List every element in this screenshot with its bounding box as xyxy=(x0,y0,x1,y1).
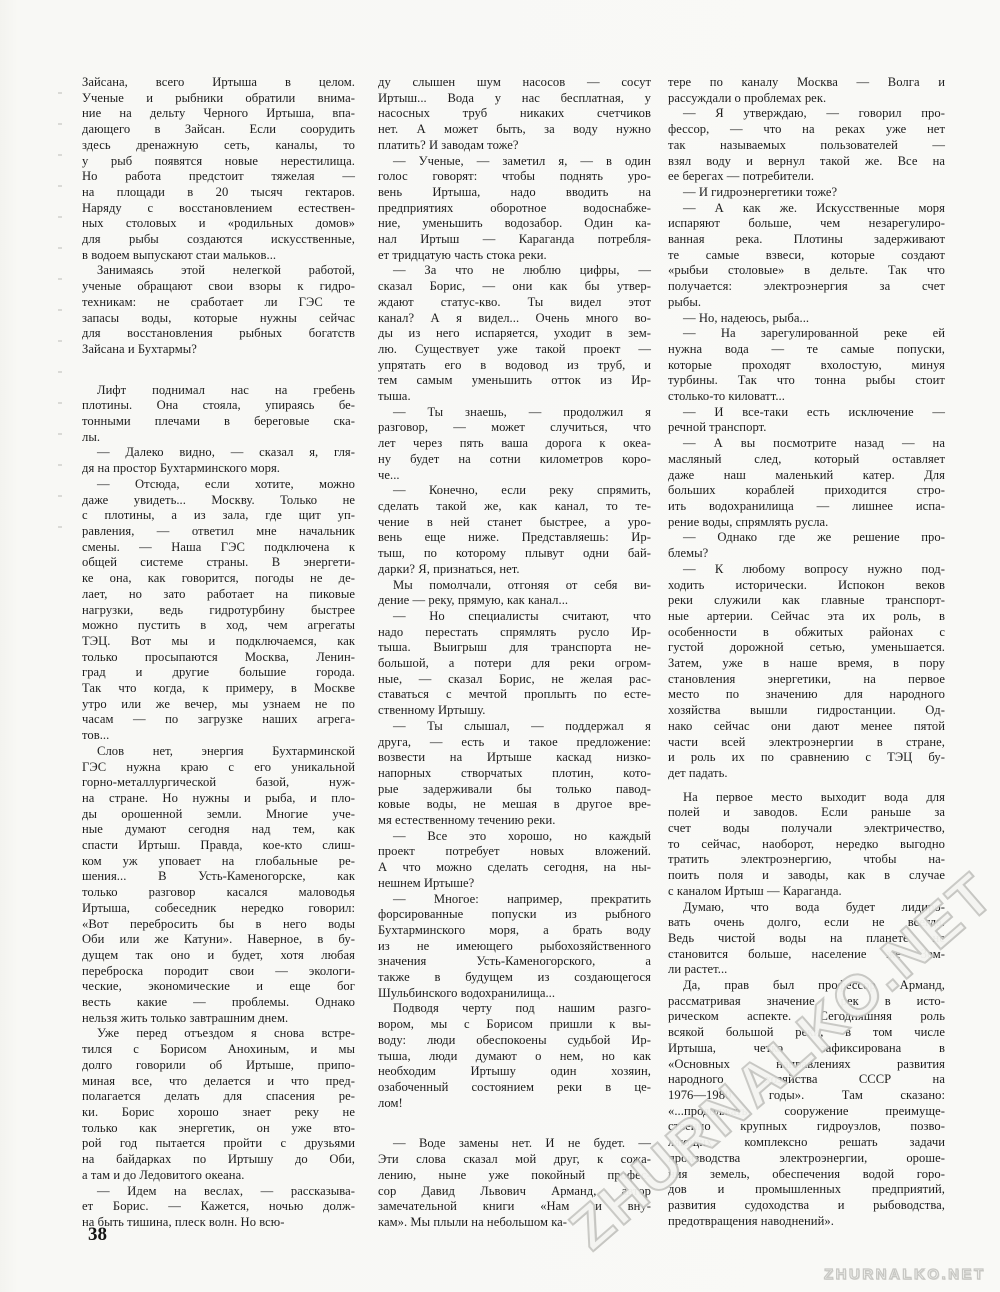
text-line: Думаю, что вода будет лидиро- xyxy=(668,900,945,916)
text-line: Иртыша, четко зафиксирована в xyxy=(668,1041,945,1057)
text-line: ческие, экономические и еще бог xyxy=(82,979,355,995)
text-line: также в будущем из создающегося xyxy=(378,970,651,986)
text-line: тере по каналу Москва — Волга и xyxy=(668,75,945,91)
text-line: турбины. Так что тонна рыбы стоит xyxy=(668,373,945,389)
text-line: масляный след, который оставляет xyxy=(668,452,945,468)
text-line: Мы помолчали, отгоняя от себя ви- xyxy=(378,578,651,594)
text-line: лы. xyxy=(82,430,355,446)
text-line: 1976—1980 годы». Там сказано: xyxy=(668,1088,945,1104)
text-line: поить поля и заводы, как в случае xyxy=(668,868,945,884)
text-line: дов и промышленных предприятий, xyxy=(668,1182,945,1198)
text-line: Слов нет, энергия Бухтарминской xyxy=(82,744,355,760)
paragraph: Занимаясь этой нелегкой работой,ученые о… xyxy=(82,263,355,357)
paragraph: — Ты слышал, — поддержал ядруга, — есть … xyxy=(378,719,651,829)
text-line: — Ты слышал, — поддержал я xyxy=(378,719,651,735)
text-line: ванная река. Плотины задерживают xyxy=(668,232,945,248)
text-line: горно-металлургической базой, нуж- xyxy=(82,775,355,791)
text-line: рой год пытается пройти с друзьями xyxy=(82,1136,355,1152)
text-line: Да, прав был профессор Арманд, xyxy=(668,978,945,994)
text-line: ды из него испаряется, уходит в зем- xyxy=(378,326,651,342)
text-line: град и другие большие города. xyxy=(82,665,355,681)
text-line: — Ученые, — заметил я, — в один xyxy=(378,154,651,170)
text-line: кам». Мы плыли на небольшом ка- xyxy=(378,1215,651,1231)
paragraph: — Воде замены нет. И не будет. —Эти слов… xyxy=(378,1136,651,1230)
text-line: переброска породит свои — экологи- xyxy=(82,964,355,980)
text-line: тыша. xyxy=(378,389,651,405)
text-line: утро или же вечер, мы узнаем не по xyxy=(82,697,355,713)
magazine-page: Зайсана, всего Иртыша в целом.Ученые и р… xyxy=(0,0,1000,1292)
paragraph: — Ты знаешь, — продолжил яразговор, — мо… xyxy=(378,405,651,484)
text-line: — И гидроэнергетики тоже? xyxy=(668,185,945,201)
text-line: ходить исторически. Испокон веков xyxy=(668,578,945,594)
text-line: платить? И заводам тоже? xyxy=(378,138,651,154)
text-line: только как энергетик, он уже вто- xyxy=(82,1121,355,1137)
text-line: Так что когда, к примеру, в Москве xyxy=(82,681,355,697)
paragraph: — К любому вопросу нужно под-ходить исто… xyxy=(668,562,945,782)
text-line: вать очень долго, если не всегда. xyxy=(668,915,945,931)
text-line: Зайсана и Бухтармы? xyxy=(82,342,355,358)
paragraph: — Все это хорошо, но каждыйпроект потреб… xyxy=(378,829,651,892)
text-line: ния земель, обеспечения водой горо- xyxy=(668,1167,945,1183)
text-line: ные думают сегодня над тем, как xyxy=(82,822,355,838)
text-line: Иртыш... Вода у нас бесплатная, у xyxy=(378,91,651,107)
text-line: тыша. Выигрыш для транспорта не- xyxy=(378,640,651,656)
text-line: замечательной книги «Нам и вну- xyxy=(378,1199,651,1215)
text-line: лет через пять ваша дорога к океа- xyxy=(378,436,651,452)
text-line: — И все-таки есть исключение — xyxy=(668,405,945,421)
text-line: Ведь чистой воды на планете не xyxy=(668,931,945,947)
text-line: ет Борис. — Кажется, ночью долж- xyxy=(82,1199,355,1215)
paragraph: — Однако где же решение про-блемы? xyxy=(668,530,945,561)
text-line: воду: люди обеспокоены судьбой Ир- xyxy=(378,1033,651,1049)
text-line: значения Усть-Каменогорского, а xyxy=(378,954,651,970)
watermark-footer: ZHURNALKO.NET xyxy=(824,1266,986,1283)
paragraph: — Многое: например, прекратитьфорсирован… xyxy=(378,892,651,1002)
text-line: дет падать. xyxy=(668,766,945,782)
text-line: дарки? Я, признаться, нет. xyxy=(378,562,651,578)
text-line: сор Давид Львович Арманд, автор xyxy=(378,1184,651,1200)
text-line: — К любому вопросу нужно под- xyxy=(668,562,945,578)
text-line: взял воду и вернул такой же. Все на xyxy=(668,154,945,170)
text-line: спасти Иртыш. Правда, кое-кто слиш- xyxy=(82,838,355,854)
text-line: — За что не люблю цифры, — xyxy=(378,263,651,279)
text-line: Подводя черту под нашим разго- xyxy=(378,1001,651,1017)
text-line: ние на дельту Черного Иртыша, впа- xyxy=(82,106,355,122)
text-line: ных столовых и «родильных домов» xyxy=(82,216,355,232)
text-line: долго говорили об Иртыше, припо- xyxy=(82,1058,355,1074)
text-line: Занимаясь этой нелегкой работой, xyxy=(82,263,355,279)
text-line: На первое место выходит вода для xyxy=(668,790,945,806)
text-line: Иртыша, собеседник нередко говорил: xyxy=(82,901,355,917)
text-line: те самые взвеси, которые создают xyxy=(668,248,945,264)
text-line: ду слышен шум насосов — сосут xyxy=(378,75,651,91)
text-line: проект потребует новых вложений. xyxy=(378,844,651,860)
text-line: «Вот перебросить бы в него воды xyxy=(82,917,355,933)
text-line: шения... В Усть-Каменогорске, как xyxy=(82,869,355,885)
text-line: рые задерживали бы только павод- xyxy=(378,782,651,798)
text-line: тем самым уменьшить отток из Ир- xyxy=(378,373,651,389)
text-line: ке она, как говорится, погоды не де- xyxy=(82,571,355,587)
text-line: — А вы посмотрите назад — на xyxy=(668,436,945,452)
text-line: на быть тишина, плеск волн. Но всю- xyxy=(82,1215,355,1231)
text-line: «...продолжать сооружение преимуще- xyxy=(668,1104,945,1120)
text-line: тыш, по которому плывут одни бай- xyxy=(378,546,651,562)
paragraph: ду слышен шум насосов — сосутИртыш... Во… xyxy=(378,75,651,154)
text-line: народного хозяйства СССР на xyxy=(668,1072,945,1088)
paragraph: Слов нет, энергия БухтарминскойГЭС нужна… xyxy=(82,744,355,1027)
text-line: то сейчас, наоборот, нередко выгодно xyxy=(668,837,945,853)
text-line: всякой большой реки, в том числе xyxy=(668,1025,945,1041)
text-line: — А как же. Искусственные моря xyxy=(668,201,945,217)
text-line: нельзя жить только завтрашним днем. xyxy=(82,1011,355,1027)
text-line: лению, ныне уже покойный профес- xyxy=(378,1168,651,1184)
text-line: с каналом Иртыш — Караганда. xyxy=(668,884,945,900)
text-line: ли растет... xyxy=(668,962,945,978)
text-line: — Я утверждаю, — говорил про- xyxy=(668,106,945,122)
paragraph: — Ученые, — заметил я, — в одинголос гов… xyxy=(378,154,651,264)
text-line: и роль их по сравнению с ТЭЦ бу- xyxy=(668,750,945,766)
text-line: сказал Борис, — они как бы утвер- xyxy=(378,279,651,295)
paragraph: Да, прав был профессор Арманд,рассматрив… xyxy=(668,978,945,1229)
paragraph: Мы помолчали, отгоняя от себя ви-дение —… xyxy=(378,578,651,609)
text-line: которые проходят вхолостую, минуя xyxy=(668,358,945,374)
text-line: ТЭЦ. Вот мы и подключаемся, как xyxy=(82,634,355,650)
text-line: возвести на Иртыше каскад низко- xyxy=(378,750,651,766)
text-line: большой, а потери для реки огром- xyxy=(378,656,651,672)
text-line: реки служили как главные транспорт- xyxy=(668,593,945,609)
text-line: на площади в 20 тысяч гектаров. xyxy=(82,185,355,201)
text-line: дающего в Зайсан. Если соорудить xyxy=(82,122,355,138)
paragraph: На первое место выходит вода дляполей и … xyxy=(668,790,945,900)
text-line: из не имеющего рыбохозяйственного xyxy=(378,939,651,955)
text-line: счет воды получали электричество, xyxy=(668,821,945,837)
text-column-3: тере по каналу Москва — Волга ирассуждал… xyxy=(668,75,945,1229)
text-line: нет. А может быть, за воду нужно xyxy=(378,122,651,138)
paragraph: — А как же. Искусственные моряиспаряют б… xyxy=(668,201,945,311)
text-line: сделать такой же, как канал, то те- xyxy=(378,499,651,515)
text-line: насосных труб никаких счетчиков xyxy=(378,106,651,122)
paragraph: Уже перед отъездом я снова встре-тился с… xyxy=(82,1026,355,1183)
text-line: мя естественному течению реки. xyxy=(378,813,651,829)
text-line: ные, — сказал Борис, не желая рас- xyxy=(378,672,651,688)
text-line: вень еще ниже. Представляешь: Ир- xyxy=(378,530,651,546)
paragraph: — И гидроэнергетики тоже? xyxy=(668,185,945,201)
paragraph: — На зарегулированной реке ейнужна вода … xyxy=(668,326,945,405)
text-line: тов... xyxy=(82,728,355,744)
text-line: так называемых пользователей — xyxy=(668,138,945,154)
text-line: блемы? xyxy=(668,546,945,562)
paragraph: Думаю, что вода будет лидиро-вать очень … xyxy=(668,900,945,979)
text-line: особенности в обжитых районах с xyxy=(668,625,945,641)
paragraph: — За что не люблю цифры, —сказал Борис, … xyxy=(378,263,651,404)
text-line: упрятать его в водовод из труб, и xyxy=(378,358,651,374)
text-line: густой дорожной сетью, уменьшается. xyxy=(668,640,945,656)
scan-edge-artifact xyxy=(58,92,62,532)
text-section: На первое место выходит вода дляполей и … xyxy=(668,790,945,1230)
paragraph: Подводя черту под нашим разго-вором, мы … xyxy=(378,1001,651,1111)
text-line: для рыбы создаются искусственные, xyxy=(82,232,355,248)
text-line: у рыб появятся новые нерестилища. xyxy=(82,154,355,170)
text-line: испаряют больше, чем незарегулиро- xyxy=(668,216,945,232)
text-line: нако сейчас они дают менее пятой xyxy=(668,719,945,735)
text-line: че... xyxy=(378,468,651,484)
text-line: ком уж уповает на глобальные ре- xyxy=(82,854,355,870)
text-line: рическом аспекте. Сегодняшняя роль xyxy=(668,1009,945,1025)
text-line: столько-то киловатт... xyxy=(668,389,945,405)
text-section: тере по каналу Москва — Волга ирассуждал… xyxy=(668,75,945,782)
text-line: больших кораблей приходится стро- xyxy=(668,483,945,499)
paragraph: тере по каналу Москва — Волга ирассуждал… xyxy=(668,75,945,106)
text-section: ду слышен шум насосов — сосутИртыш... Во… xyxy=(378,75,651,1111)
text-line: ственному Иртышу. xyxy=(378,703,651,719)
paragraph: — Но, надеюсь, рыба... xyxy=(668,311,945,327)
text-line: ученые обращают свои взоры к гидро- xyxy=(82,279,355,295)
text-line: — Воде замены нет. И не будет. — xyxy=(378,1136,651,1152)
text-line: лом! xyxy=(378,1096,651,1112)
text-line: техникам: не сработает ли ГЭС те xyxy=(82,295,355,311)
text-line: становится больше, население же Зем- xyxy=(668,947,945,963)
text-line: дение — реку, прямую, как канал... xyxy=(378,593,651,609)
text-line: вень Иртыша, надо вводить на xyxy=(378,185,651,201)
text-line: миная все, что делается и что пред- xyxy=(82,1074,355,1090)
text-line: рассуждали о проблемах рек. xyxy=(668,91,945,107)
text-line: — Отсюда, если хотите, можно xyxy=(82,477,355,493)
text-line: часам — по загрузке наших агрега- xyxy=(82,712,355,728)
text-line: «Основных направлениях развития xyxy=(668,1057,945,1073)
text-line: ставаться с мечтой проплыть по есте- xyxy=(378,687,651,703)
text-line: Уже перед отъездом я снова встре- xyxy=(82,1026,355,1042)
text-line: ждают статус-кво. Ты видел этот xyxy=(378,295,651,311)
text-line: хозяйства вышли гидростанции. Од- xyxy=(668,703,945,719)
page-number: 38 xyxy=(88,1224,107,1246)
text-column-2: ду слышен шум насосов — сосутИртыш... Во… xyxy=(378,75,651,1231)
text-line: А что можно сделать сегодня, на ны- xyxy=(378,860,651,876)
text-line: необходим Иртышу один хозяин, xyxy=(378,1064,651,1080)
text-line: ляющих комплексно решать задачи xyxy=(668,1135,945,1151)
text-line: ить водохранилища — лишнее испа- xyxy=(668,499,945,515)
text-line: становления энергетики, на первое xyxy=(668,672,945,688)
text-line: разговор, — может случиться, что xyxy=(378,420,651,436)
text-line: равления, — ответил мне начальник xyxy=(82,524,355,540)
text-line: Но работа предстоит тяжелая — xyxy=(82,169,355,185)
paragraph: Лифт поднимал нас на гребеньплотины. Она… xyxy=(82,383,355,446)
text-line: — Но специалисты считают, что xyxy=(378,609,651,625)
text-line: место по значению для народного xyxy=(668,687,945,703)
text-line: — Но, надеюсь, рыба... xyxy=(668,311,945,327)
text-line: Бухтарминского моря, а брать воду xyxy=(378,923,651,939)
text-line: рассматривая значение рек в исто- xyxy=(668,994,945,1010)
text-section: Лифт поднимал нас на гребеньплотины. Она… xyxy=(82,383,355,1231)
text-line: канал? А я видел... Очень много во- xyxy=(378,311,651,327)
paragraph: — Конечно, если реку спрямить,сделать та… xyxy=(378,483,651,577)
text-line: — Конечно, если реку спрямить, xyxy=(378,483,651,499)
text-line: — Однако где же решение про- xyxy=(668,530,945,546)
text-line: только просыпаются Москва, Ленин- xyxy=(82,650,355,666)
text-line: ГЭС нужна краю с его уникальной xyxy=(82,760,355,776)
text-line: чение в ней станет быстрее, а уро- xyxy=(378,515,651,531)
text-line: ну будет на сотни километров коро- xyxy=(378,452,651,468)
text-line: нешнем Иртыше? xyxy=(378,876,651,892)
text-line: для восстановления рыбных богатств xyxy=(82,326,355,342)
text-line: ды орошенной земли. Многие уче- xyxy=(82,807,355,823)
text-line: — На зарегулированной реке ей xyxy=(668,326,945,342)
text-line: производства электроэнергии, ороше- xyxy=(668,1151,945,1167)
text-line: полей и заводов. Если раньше за xyxy=(668,805,945,821)
text-line: а там и до Ледовитого океана. xyxy=(82,1168,355,1184)
text-line: предприятиях оборотное водоснабже- xyxy=(378,201,651,217)
text-line: ные артерии. Сейчас эта их роль, в xyxy=(668,609,945,625)
text-section: — Воде замены нет. И не будет. —Эти слов… xyxy=(378,1136,651,1230)
text-line: плотины. Она стояла, упираясь бе- xyxy=(82,398,355,414)
text-line: тыша, люди думают о нем, но как xyxy=(378,1049,651,1065)
text-line: даже увидеть... Москву. Только не xyxy=(82,493,355,509)
text-line: голос говорят: чтобы поднять уро- xyxy=(378,169,651,185)
text-line: предотвращения наводнений». xyxy=(668,1214,945,1230)
text-line: ние, уменьшить водозабор. Один ка- xyxy=(378,216,651,232)
text-line: Лифт поднимал нас на гребень xyxy=(82,383,355,399)
paragraph: — Но специалисты считают, чтонадо перест… xyxy=(378,609,651,719)
text-line: «рыбьи столовые» в дельте. Так что xyxy=(668,263,945,279)
text-line: фессор, — что на реках уже нет xyxy=(668,122,945,138)
text-line: друга, — есть и такое предложение: xyxy=(378,735,651,751)
text-line: на байдарках по Иртышу до Оби, xyxy=(82,1152,355,1168)
text-line: общей системе страны. В энергети- xyxy=(82,555,355,571)
text-line: получается: электроэнергия за счет xyxy=(668,279,945,295)
paragraph: — Отсюда, если хотите, можнодаже увидеть… xyxy=(82,477,355,744)
paragraph: Зайсана, всего Иртыша в целом.Ученые и р… xyxy=(82,75,355,263)
paragraph: — И все-таки есть исключение —речной тра… xyxy=(668,405,945,436)
text-line: нал Иртыш — Караганда потребля- xyxy=(378,232,651,248)
text-line: Наряду с восстановлением естествен- xyxy=(82,201,355,217)
text-line: нужна вода — те самые попуски, xyxy=(668,342,945,358)
text-line: тонными плечами в береговые ска- xyxy=(82,414,355,430)
text-line: только разговор касался маловодья xyxy=(82,885,355,901)
text-line: можно пустить в ход, чем агрегаты xyxy=(82,618,355,634)
text-line: запасы воды, которые нужны сейчас xyxy=(82,311,355,327)
text-line: дущем так оно и будет, хотя любая xyxy=(82,948,355,964)
text-line: части всей электроэнергии в стране, xyxy=(668,735,945,751)
text-line: Эти слова сказал мой друг, к сожа- xyxy=(378,1152,651,1168)
text-line: Оби или же Катуни». Наверное, в бу- xyxy=(82,932,355,948)
text-line: форсированные попуски из рыбного xyxy=(378,907,651,923)
text-line: — Далеко видно, — сказал я, гля- xyxy=(82,445,355,461)
text-line: с плотины, а из зала, где щит уп- xyxy=(82,508,355,524)
text-line: полагается делать для спасения ре- xyxy=(82,1089,355,1105)
text-line: — Все это хорошо, но каждый xyxy=(378,829,651,845)
text-line: Зайсана, всего Иртыша в целом. xyxy=(82,75,355,91)
text-line: на стране. Но нужны и рыба, и пло- xyxy=(82,791,355,807)
text-line: лает, но зато работает на пиковые xyxy=(82,587,355,603)
text-line: дя на простор Бухтарминского моря. xyxy=(82,461,355,477)
text-line: вором, мы с Борисом пришли к вы- xyxy=(378,1017,651,1033)
text-line: рыбы. xyxy=(668,295,945,311)
text-line: надо перестать спрямлять русло Ир- xyxy=(378,625,651,641)
text-line: озабоченный состоянием реки в це- xyxy=(378,1080,651,1096)
text-line: — Многое: например, прекратить xyxy=(378,892,651,908)
paragraph: — А вы посмотрите назад — намасляный сле… xyxy=(668,436,945,530)
text-line: Шульбинского водохранилища... xyxy=(378,986,651,1002)
text-line: ковые воды, не мешая в другое вре- xyxy=(378,797,651,813)
text-line: лю. Существует уже такой проект — xyxy=(378,342,651,358)
text-line: развития судоходства и рыбоводства, xyxy=(668,1198,945,1214)
text-line: Ученые и рыбники обратили внима- xyxy=(82,91,355,107)
paragraph: — Идем на веслах, — рассказыва-ет Борис.… xyxy=(82,1184,355,1231)
text-line: здесь дренажную сеть, каналы, то xyxy=(82,138,355,154)
text-column-1: Зайсана, всего Иртыша в целом.Ученые и р… xyxy=(82,75,355,1231)
text-line: тился с Борисом Анохиным, и мы xyxy=(82,1042,355,1058)
text-line: ственно крупных гидроузлов, позво- xyxy=(668,1119,945,1135)
paragraph: — Я утверждаю, — говорил про-фессор, — ч… xyxy=(668,106,945,185)
text-line: — Ты знаешь, — продолжил я xyxy=(378,405,651,421)
text-line: даже наш маленький катер. Для xyxy=(668,468,945,484)
text-line: смены. — Наша ГЭС подключена к xyxy=(82,540,355,556)
text-line: ее берегах — потребители. xyxy=(668,169,945,185)
text-line: ки. Борис хорошо знает реку не xyxy=(82,1105,355,1121)
text-line: ет тридцатую часть стока реки. xyxy=(378,248,651,264)
text-line: весть какие — проблемы. Однако xyxy=(82,995,355,1011)
text-line: — Идем на веслах, — рассказыва- xyxy=(82,1184,355,1200)
text-line: Затем, уже в наше время, в пору xyxy=(668,656,945,672)
text-section: Зайсана, всего Иртыша в целом.Ученые и р… xyxy=(82,75,355,358)
text-line: в водоем выпускают стаи мальков... xyxy=(82,248,355,264)
text-line: напорных створчатых плотин, кото- xyxy=(378,766,651,782)
text-line: нагрузки, ведь гидротурбину быстрее xyxy=(82,603,355,619)
text-line: рение воды, спрямлять русла. xyxy=(668,515,945,531)
text-line: речной транспорт. xyxy=(668,420,945,436)
text-line: тратить электроэнергию, чтобы на- xyxy=(668,852,945,868)
paragraph: — Далеко видно, — сказал я, гля-дя на пр… xyxy=(82,445,355,476)
